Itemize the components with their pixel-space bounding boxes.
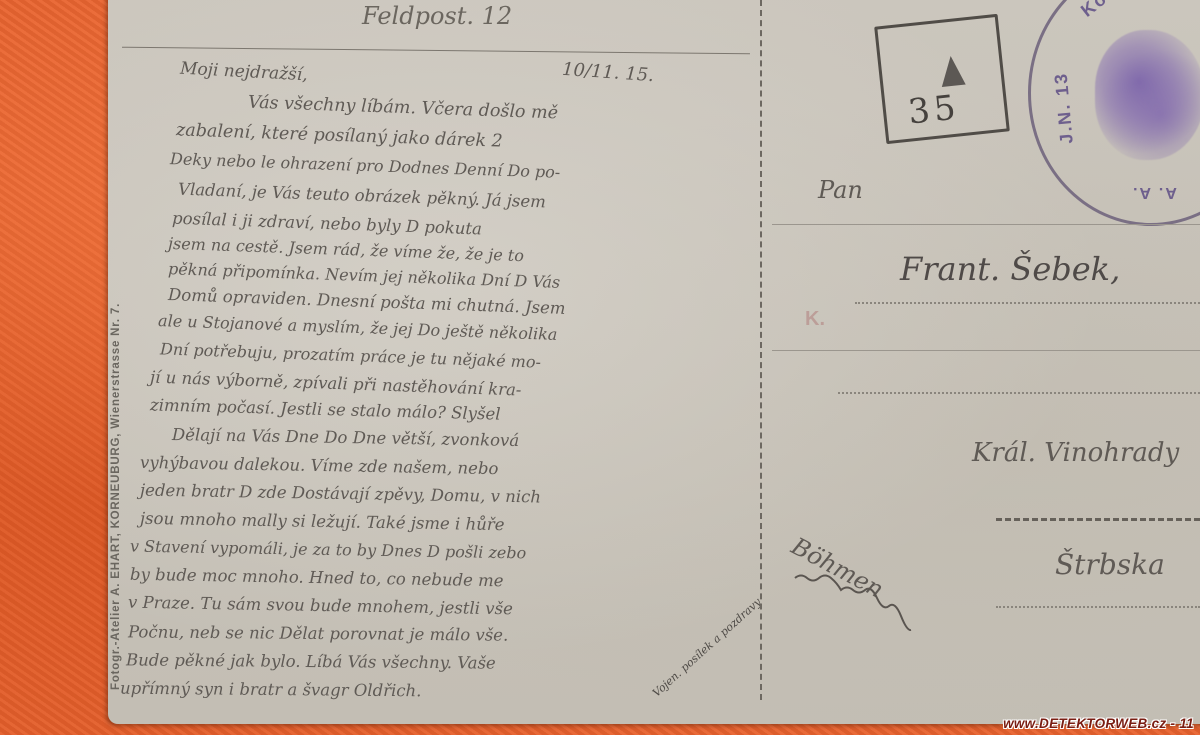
message-line: Počnu, neb se nic Dělat porovnat je málo… [128,622,508,644]
triangle-mark-icon [939,55,966,87]
faint-printed-mark: K. [805,308,825,331]
address-name: Frant. Šebek, [900,250,1120,288]
address-line-1 [772,224,1200,225]
watermark: www.DETEKTORWEB.cz - 11 [1003,716,1194,731]
address-line-3 [772,350,1200,351]
message-line: Bude pěkné jak bylo. Líbá Vás všechny. V… [126,650,496,672]
address-town: Král. Vinohrady [972,438,1179,468]
address-line-2 [855,302,1200,304]
address-line-5 [996,518,1200,521]
feldpost-header: Feldpost. 12 [362,2,512,30]
stamp-top-text: Kommando [1077,0,1181,22]
message-line signature: upřímný syn i bratr a švagr Oldřich. [120,679,422,701]
address-line-6 [996,606,1200,608]
stamp-side-text: J.N. 13 [1051,71,1078,145]
box-stamp-number: 35 [906,87,961,132]
address-salutation: Pan [818,176,863,204]
region-underline-flourish [793,560,913,650]
stamp-bottom-text: A. A. [1131,183,1177,201]
box-postmark-stamp: 35 [874,14,1010,144]
message-address-divider [760,0,762,700]
printer-imprint: Fotogr.-Atelier A. EHART, KORNEUBURG, Wi… [110,303,122,690]
double-eagle-emblem-icon [1095,30,1200,160]
address-line-4 [838,392,1200,394]
address-street: Štrbska [1055,548,1165,581]
